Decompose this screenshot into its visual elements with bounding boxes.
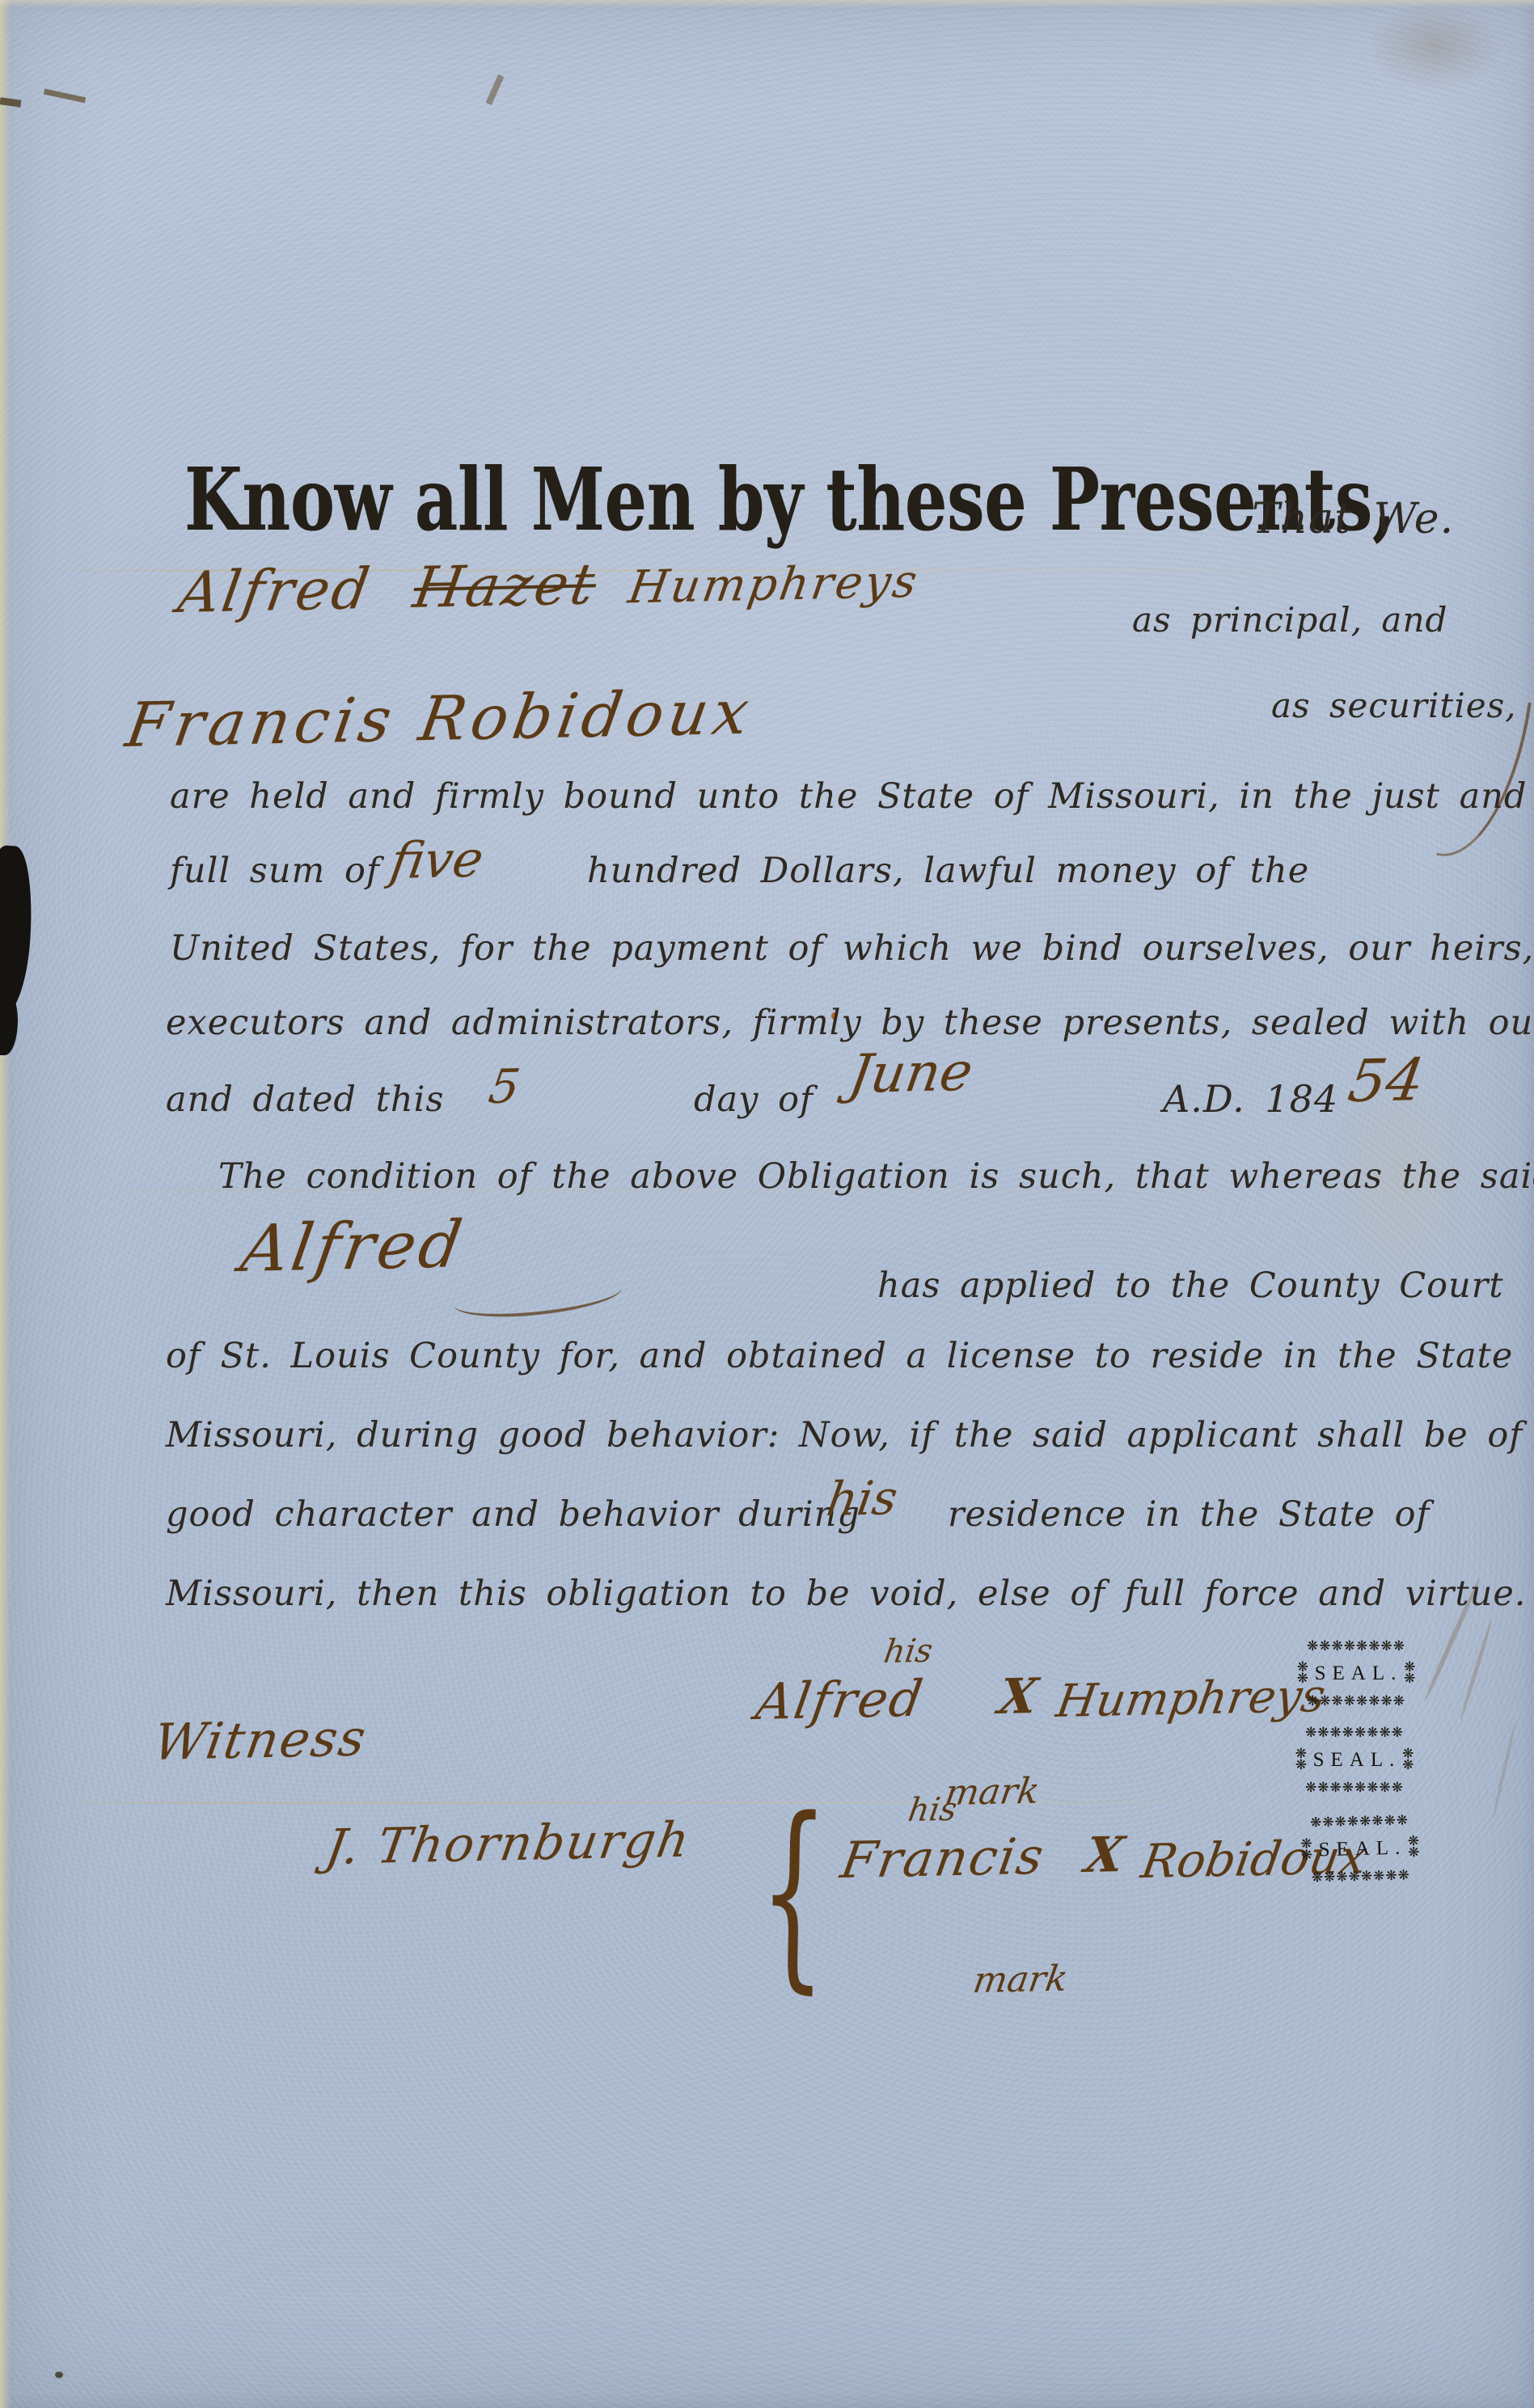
seal-border-left: ❋ ❋ [1294, 1749, 1308, 1771]
seal-border-right: ❋ ❋ [1401, 1749, 1415, 1771]
sum-prefix: full sum of [170, 851, 380, 891]
seal-border-bottom: ❋❋❋❋❋❋❋❋ [1294, 1781, 1415, 1794]
seal-border-right: ❋ ❋ [1402, 1662, 1417, 1684]
seal-border-right: ❋ ❋ [1406, 1836, 1421, 1859]
security-name-handwriting: Francis Robidoux [121, 676, 759, 761]
principal-last-name: Humphreys [625, 556, 923, 614]
mark-label: mark [970, 1958, 1071, 2001]
seal-label: SEAL. [1308, 1749, 1401, 1772]
seal-stamp-2: ❋❋❋❋❋❋❋❋ ❋ ❋ SEAL. ❋ ❋ ❋❋❋❋❋❋❋❋ [1294, 1726, 1415, 1794]
dated-prefix: and dated this [166, 1079, 444, 1120]
seal-stamp-3: ❋❋❋❋❋❋❋❋ ❋ ❋ SEAL. ❋ ❋ ❋❋❋❋❋❋❋❋ [1299, 1814, 1422, 1885]
signature-first-name: Alfred [752, 1669, 928, 1731]
document-heading: Know all Men by these Presents, [184, 450, 1395, 551]
body-line-3: executors and administrators, firmly by … [166, 1003, 1534, 1043]
condition-line-5a: good character and behavior during [166, 1494, 860, 1535]
ink-speck [55, 2372, 63, 2378]
as-principal-text: as principal, and [1132, 600, 1447, 640]
his-label: his [906, 1791, 959, 1829]
witness-brace: { [758, 1772, 830, 2013]
witness-name-handwriting: J. Thornburgh [322, 1812, 695, 1876]
seal-border-top: ❋❋❋❋❋❋❋❋ [1294, 1726, 1415, 1739]
seal-label: SEAL. [1310, 1662, 1403, 1685]
signature-last-name: Humphreys [1053, 1670, 1329, 1728]
dated-ad-printed: A.D. 184 [1163, 1077, 1338, 1121]
witness-label-handwriting: Witness [150, 1709, 371, 1772]
condition-line-3: of St. Louis County for, and obtained a … [166, 1336, 1534, 1376]
scanned-document-page: { "colors": { "paper_blue": "#b2bfd3", "… [0, 0, 1534, 2408]
seal-border-left: ❋ ❋ [1295, 1662, 1310, 1684]
x-mark: X [1081, 1827, 1128, 1884]
principal-first-name: Alfred [174, 556, 376, 626]
dated-month-handwriting: June [845, 1041, 977, 1105]
body-line-1: are held and firmly bound unto the State… [170, 776, 1527, 817]
pronoun-handwriting: his [823, 1470, 902, 1527]
condition-line-6: Missouri, then this obligation to be voi… [166, 1574, 1526, 1614]
condition-line-5b: residence in the State of [948, 1494, 1430, 1535]
condition-line-2: has applied to the County Court [877, 1265, 1504, 1306]
paper-left-edge [0, 0, 11, 2408]
condition-line-4: Missouri, during good behavior: Now, if … [166, 1415, 1523, 1455]
sum-suffix: hundred Dollars, lawful money of the [587, 851, 1309, 891]
stain [1367, 2, 1504, 91]
seal-border-top: ❋❋❋❋❋❋❋❋ [1295, 1640, 1417, 1653]
applicant-name-handwriting: Alfred [236, 1206, 470, 1286]
seal-border-bottom: ❋❋❋❋❋❋❋❋ [1295, 1695, 1417, 1708]
paper-top-edge [0, 0, 1534, 8]
principal-struck-name: Hazet [409, 551, 602, 621]
dated-year-handwriting: 54 [1344, 1046, 1429, 1115]
sum-value-handwriting: five [387, 830, 488, 890]
signature-first-name: Francis [837, 1827, 1049, 1890]
paper-background [0, 0, 1534, 2408]
condition-line-1: The condition of the above Obligation is… [218, 1156, 1534, 1197]
seal-stamp-1: ❋❋❋❋❋❋❋❋ ❋ ❋ SEAL. ❋ ❋ ❋❋❋❋❋❋❋❋ [1295, 1640, 1417, 1708]
dated-day-of: day of [694, 1079, 813, 1120]
body-line-2: United States, for the payment of which … [170, 928, 1534, 969]
heading-that-we: That We. [1252, 495, 1454, 543]
his-label: his [881, 1633, 935, 1671]
seal-label: SEAL. [1313, 1837, 1406, 1862]
seal-border-left: ❋ ❋ [1299, 1840, 1314, 1862]
x-mark: X [995, 1668, 1042, 1726]
